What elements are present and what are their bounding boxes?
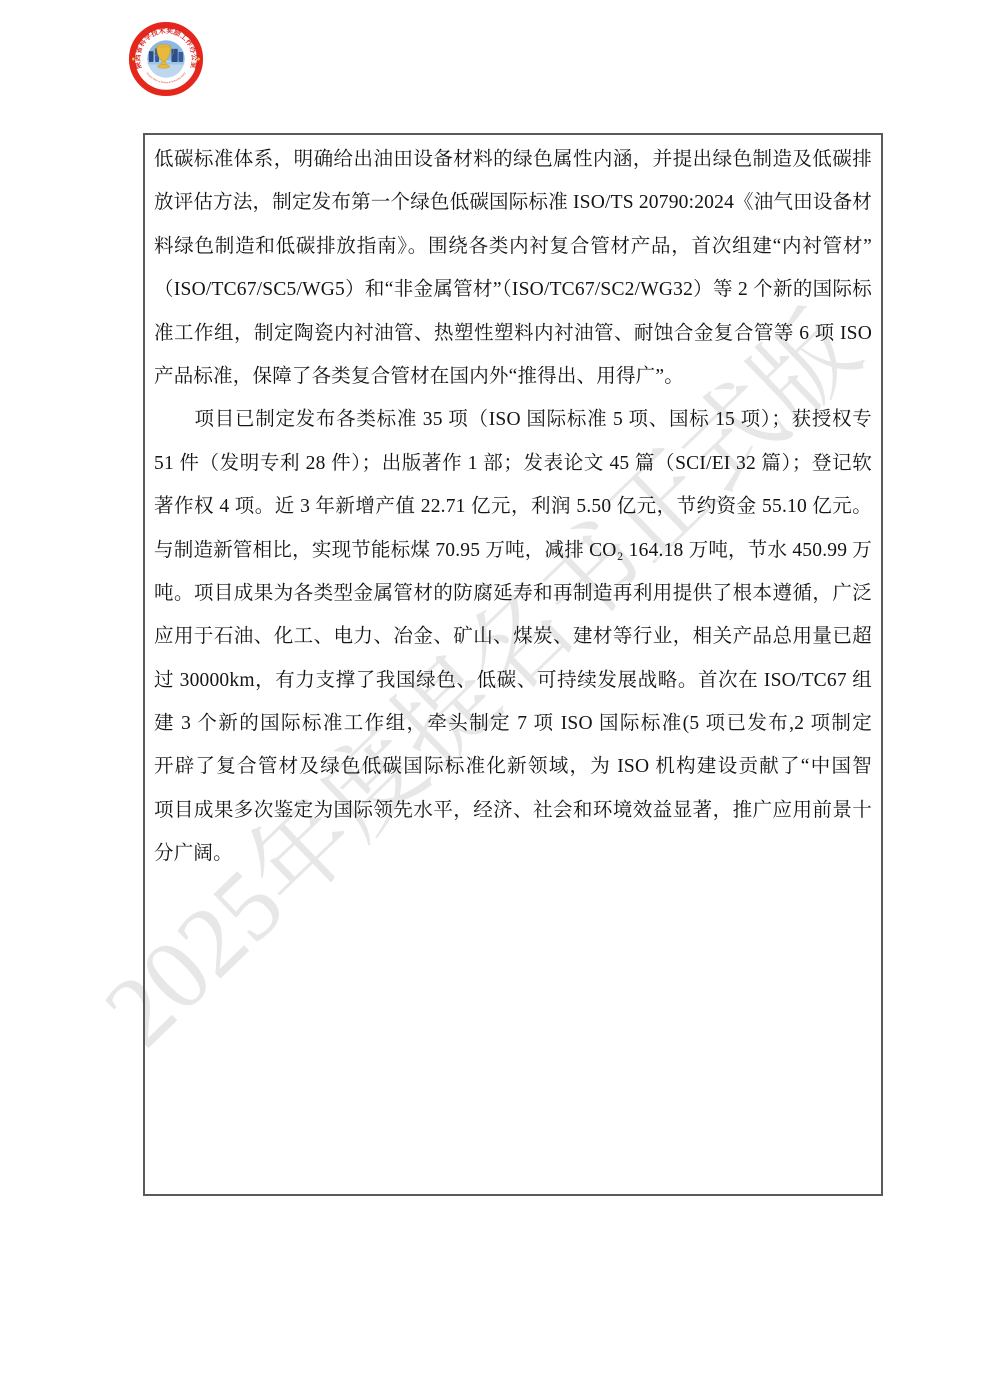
document-line: 项目已制定发布各类标准 35 项（ISO 国际标准 5 项、国标 15 项）；获… — [154, 398, 872, 441]
document-line: 产品标准，保障了各类复合管材在国内外“推得出、用得广”。 — [154, 355, 872, 398]
document-line: 著作权 4 项。近 3 年新增产值 22.71 亿元，利润 5.50 亿元，节约… — [154, 485, 872, 528]
abstract-text-box: 低碳标准体系，明确给出油田设备材料的绿色属性内涵，并提出绿色制造及低碳排 放评估… — [143, 133, 883, 1196]
seal-right-star — [197, 57, 200, 60]
document-line: （ISO/TC67/SC5/WG5）和“非金属管材”（ISO/TC67/SC2/… — [154, 268, 872, 311]
award-office-seal-icon: 陕西省科学技术奖励工作办公室 Shaanxi Office of Science… — [127, 20, 205, 98]
document-line: 51 件（发明专利 28 件）；出版著作 1 部；发表论文 45 篇（SCI/E… — [154, 442, 872, 485]
document-page: 2025年度提名书正式版 陕西省科学技术奖励工作办公室 — [0, 0, 990, 1400]
document-line: 建 3 个新的国际标准工作组，牵头制定 7 项 ISO 国际标准(5 项已发布,… — [154, 702, 872, 745]
document-line: 应用于石油、化工、电力、冶金、矿山、煤炭、建材等行业，相关产品总用量已超 — [154, 615, 872, 658]
document-line: 料绿色制造和低碳排放指南》。围绕各类内衬复合管材产品，首次组建“内衬管材” — [154, 225, 872, 268]
document-line: 准工作组，制定陶瓷内衬油管、热塑性塑料内衬油管、耐蚀合金复合管等 6 项 ISO — [154, 312, 872, 355]
document-line: 低碳标准体系，明确给出油田设备材料的绿色属性内涵，并提出绿色制造及低碳排 — [154, 138, 872, 181]
seal-left-star — [132, 57, 135, 60]
document-body: 低碳标准体系，明确给出油田设备材料的绿色属性内涵，并提出绿色制造及低碳排 放评估… — [154, 138, 872, 876]
document-line: 开辟了复合管材及绿色低碳国际标准化新领域，为 ISO 机构建设贡献了“中国智慧”… — [154, 745, 872, 788]
document-line: 与制造新管相比，实现节能标煤 70.95 万吨，减排 CO₂ 164.18 万吨… — [154, 529, 872, 572]
document-line: 分广阔。 — [154, 832, 872, 875]
document-line: 吨。项目成果为各类型金属管材的防腐延寿和再制造再利用提供了根本遵循，广泛 — [154, 572, 872, 615]
document-line: 放评估方法，制定发布第一个绿色低碳国际标准 ISO/TS 20790:2024《… — [154, 181, 872, 224]
document-line: 项目成果多次鉴定为国际领先水平，经济、社会和环境效益显著，推广应用前景十 — [154, 789, 872, 832]
document-line: 过 30000km，有力支撑了我国绿色、低碳、可持续发展战略。首次在 ISO/T… — [154, 659, 872, 702]
